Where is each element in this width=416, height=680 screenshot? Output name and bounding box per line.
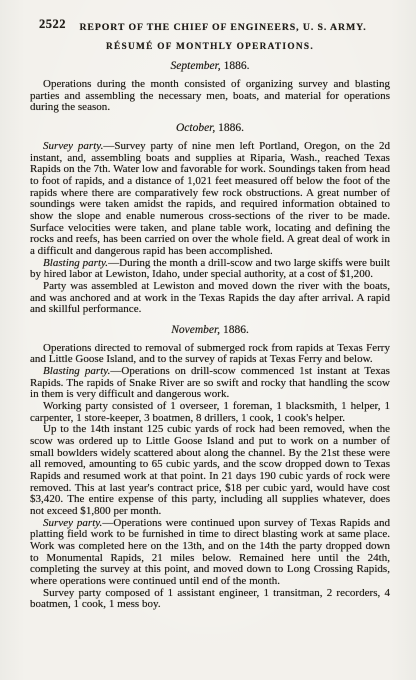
date-heading: October, 1886. — [30, 122, 390, 134]
paragraph: Blasting party.—During the month a drill… — [30, 258, 390, 281]
paragraph: Operations directed to removal of submer… — [30, 343, 390, 366]
page-number: 2522 — [39, 17, 66, 32]
section-october-1886: October, 1886. Survey party.—Survey part… — [30, 122, 390, 316]
paragraph: Survey party.—Survey party of nine men l… — [30, 141, 390, 258]
date-year: 1886. — [224, 60, 250, 72]
date-month: October, — [176, 122, 215, 134]
paragraph-text: Up to the 14th instant 125 cubic yards o… — [30, 423, 390, 517]
paragraph-text: Operations during the month consisted of… — [30, 78, 390, 113]
scanned-report-page: 2522 REPORT OF THE CHIEF OF ENGINEERS, U… — [0, 0, 416, 680]
paragraph-text: Working party consisted of 1 overseer, 1… — [30, 400, 390, 424]
date-heading: September, 1886. — [30, 60, 390, 72]
date-year: 1886. — [223, 324, 249, 336]
page-header: 2522 REPORT OF THE CHIEF OF ENGINEERS, U… — [30, 17, 390, 32]
section-november-1886: November, 1886. Operations directed to r… — [30, 324, 390, 611]
date-month: September, — [171, 60, 221, 72]
resume-heading: RÉSUMÉ OF MONTHLY OPERATIONS. — [30, 42, 390, 52]
paragraph: Operations during the month consisted of… — [30, 79, 390, 114]
paragraph-text: Party was assembled at Lewiston and move… — [30, 280, 390, 315]
paragraph-lead: Blasting party. — [43, 365, 110, 377]
paragraph-lead: Survey party. — [43, 517, 102, 529]
running-head: REPORT OF THE CHIEF OF ENGINEERS, U. S. … — [53, 22, 366, 33]
paragraph-text: Operations directed to removal of submer… — [30, 342, 390, 366]
date-month: November, — [171, 324, 220, 336]
paragraph-lead: Blasting party. — [43, 257, 108, 269]
paragraph: Blasting party.—Operations on drill-scow… — [30, 366, 390, 401]
paragraph: Working party consisted of 1 overseer, 1… — [30, 401, 390, 424]
paragraph-text: —Survey party of nine men left Portland,… — [30, 140, 390, 257]
date-year: 1886. — [218, 122, 244, 134]
paragraph-text: Survey party composed of 1 assistant eng… — [30, 587, 390, 611]
paragraph: Survey party.—Operations were continued … — [30, 518, 390, 588]
date-heading: November, 1886. — [30, 324, 390, 336]
section-september-1886: September, 1886. Operations during the m… — [30, 60, 390, 114]
paragraph-lead: Survey party. — [43, 140, 103, 152]
paragraph: Party was assembled at Lewiston and move… — [30, 281, 390, 316]
paragraph: Survey party composed of 1 assistant eng… — [30, 588, 390, 611]
paragraph: Up to the 14th instant 125 cubic yards o… — [30, 424, 390, 517]
